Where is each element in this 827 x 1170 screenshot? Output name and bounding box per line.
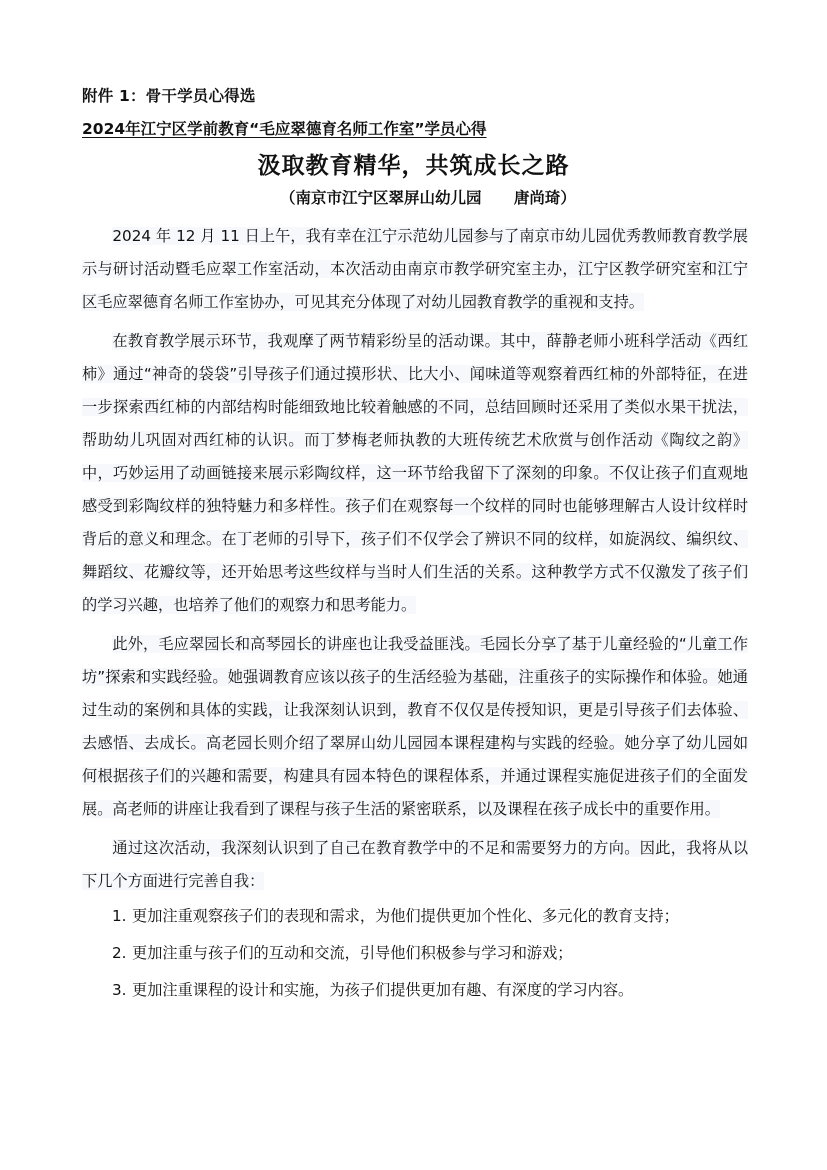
paragraph-4: 通过这次活动，我深刻认识到了自己在教育教学中的不足和需要努力的方向。因此，我将从…	[82, 832, 748, 898]
document-subtitle: 2024年江宁区学前教育“毛应翠德育名师工作室”学员心得	[82, 117, 487, 139]
list-text: 更加注重观察孩子们的表现和需求，为他们提供更加个性化、多元化的教育支持；	[132, 907, 679, 925]
author-byline: （南京市江宁区翠屏山幼儿园 唐尚琦）	[280, 186, 576, 208]
list-item: 3.更加注重课程的设计和实施，为孩子们提供更加有趣、有深度的学习内容。	[82, 974, 748, 1007]
list-item: 1.更加注重观察孩子们的表现和需求，为他们提供更加个性化、多元化的教育支持；	[82, 900, 748, 933]
paragraph-text: 通过这次活动，我深刻认识到了自己在教育教学中的不足和需要努力的方向。因此，我将从…	[82, 839, 748, 890]
document-page: 附件 1：骨干学员心得选 2024年江宁区学前教育“毛应翠德育名师工作室”学员心…	[0, 0, 827, 1170]
list-number: 2.	[112, 937, 132, 970]
document-body: 2024 年 12 月 11 日上午，我有幸在江宁示范幼儿园参与了南京市幼儿园优…	[82, 220, 748, 1011]
paragraph-1: 2024 年 12 月 11 日上午，我有幸在江宁示范幼儿园参与了南京市幼儿园优…	[82, 220, 748, 319]
list-number: 3.	[112, 974, 132, 1007]
paragraph-3: 此外，毛应翠园长和高琴园长的讲座也让我受益匪浅。毛园长分享了基于儿童经验的“儿童…	[82, 628, 748, 826]
list-text: 更加注重课程的设计和实施，为孩子们提供更加有趣、有深度的学习内容。	[132, 981, 633, 999]
paragraph-text: 在教育教学展示环节，我观摩了两节精彩纷呈的活动课。其中，薛静老师小班科学活动《西…	[82, 332, 748, 614]
document-title: 汲取教育精华，共筑成长之路	[0, 147, 827, 180]
paragraph-text: 此外，毛应翠园长和高琴园长的讲座也让我受益匪浅。毛园长分享了基于儿童经验的“儿童…	[82, 635, 748, 818]
list-text: 更加注重与孩子们的互动和交流，引导他们积极参与学习和游戏；	[132, 944, 572, 962]
list-item: 2.更加注重与孩子们的互动和交流，引导他们积极参与学习和游戏；	[82, 937, 748, 970]
list-number: 1.	[112, 900, 132, 933]
improvement-list: 1.更加注重观察孩子们的表现和需求，为他们提供更加个性化、多元化的教育支持； 2…	[82, 900, 748, 1007]
paragraph-2: 在教育教学展示环节，我观摩了两节精彩纷呈的活动课。其中，薛静老师小班科学活动《西…	[82, 325, 748, 622]
paragraph-text: 2024 年 12 月 11 日上午，我有幸在江宁示范幼儿园参与了南京市幼儿园优…	[82, 227, 748, 311]
attachment-heading: 附件 1：骨干学员心得选	[82, 84, 256, 106]
